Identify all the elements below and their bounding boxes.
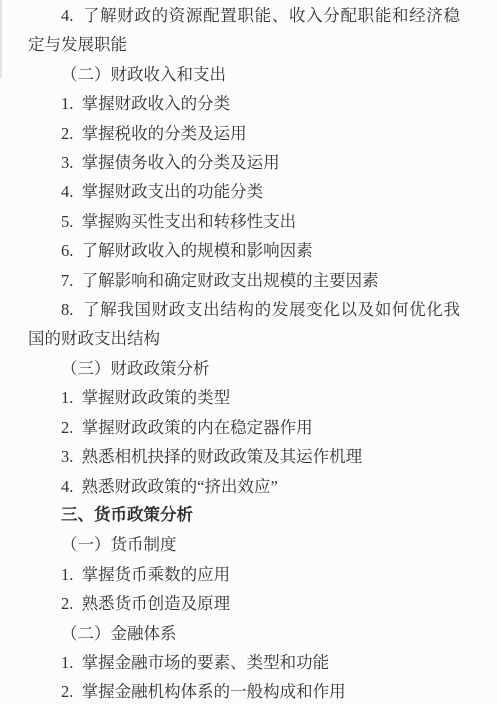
section-heading: （一）货币制度 (28, 530, 460, 559)
document-page: 4. 了解财政的资源配置职能、收入分配职能和经济稳定与发展职能（二）财政收入和支… (0, 0, 497, 704)
syllabus-item: 5. 掌握购买性支出和转移性支出 (28, 207, 460, 236)
syllabus-item: 8. 了解我国财政支出结构的发展变化以及如何优化我国的财政支出结构 (28, 295, 460, 354)
syllabus-item: 1. 掌握金融市场的要素、类型和功能 (28, 648, 460, 677)
chapter-heading: 三、货币政策分析 (28, 501, 460, 530)
section-heading: （三）财政政策分析 (28, 354, 460, 383)
syllabus-item: 4. 了解财政的资源配置职能、收入分配职能和经济稳定与发展职能 (28, 1, 460, 60)
syllabus-item: 1. 掌握财政收入的分类 (28, 89, 460, 118)
syllabus-item: 3. 掌握债务收入的分类及运用 (28, 148, 460, 177)
syllabus-item: 4. 熟悉财政政策的“挤出效应” (28, 472, 460, 501)
syllabus-item: 2. 掌握金融机构体系的一般构成和作用 (28, 677, 460, 704)
syllabus-item: 7. 了解影响和确定财政支出规模的主要因素 (28, 266, 460, 295)
syllabus-item: 3. 熟悉相机抉择的财政政策及其运作机理 (28, 442, 460, 471)
section-heading: （二）金融体系 (28, 619, 460, 648)
syllabus-item: 6. 了解财政收入的规模和影响因素 (28, 236, 460, 265)
syllabus-item: 1. 掌握财政政策的类型 (28, 383, 460, 412)
syllabus-item: 2. 熟悉货币创造及原理 (28, 589, 460, 618)
syllabus-item: 2. 掌握税收的分类及运用 (28, 119, 460, 148)
syllabus-item: 1. 掌握货币乘数的应用 (28, 560, 460, 589)
document-body: 4. 了解财政的资源配置职能、收入分配职能和经济稳定与发展职能（二）财政收入和支… (0, 0, 497, 704)
section-heading: （二）财政收入和支出 (28, 60, 460, 89)
syllabus-item: 4. 掌握财政支出的功能分类 (28, 177, 460, 206)
syllabus-item: 2. 掌握财政政策的内在稳定器作用 (28, 413, 460, 442)
page-left-edge-shadow (0, 0, 2, 78)
